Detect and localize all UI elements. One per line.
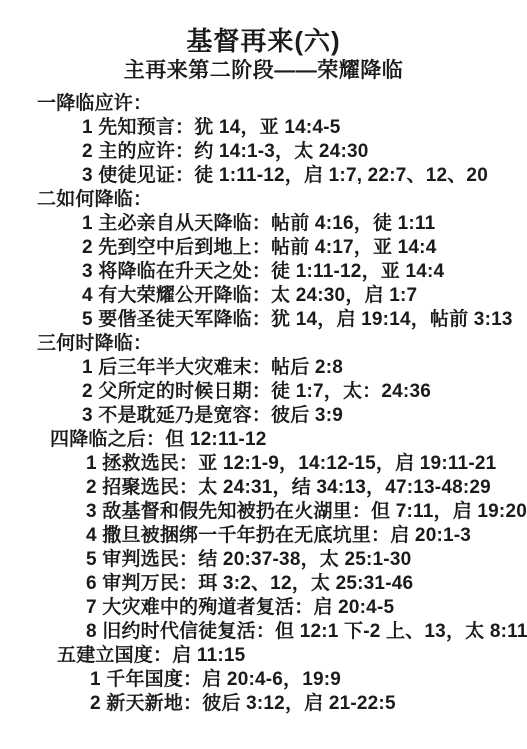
outline-item: 2 先到空中后到地上：帖前 4:17，亚 14:4 — [0, 236, 527, 260]
outline-item: 2 父所定的时候日期：徒 1:7，太：24:36 — [0, 380, 527, 404]
section-heading: 二如何降临： — [0, 188, 527, 212]
outline-item: 1 拯救选民：亚 12:1-9，14:12-15，启 19:11-21 — [0, 452, 527, 476]
outline-item: 6 审判万民：珥 3:2、12，太 25:31-46 — [0, 572, 527, 596]
outline-item: 1 先知预言：犹 14，亚 14:4-5 — [0, 116, 527, 140]
document-title: 基督再来(六) — [0, 0, 527, 57]
outline-item: 8 旧约时代信徒复活：但 12:1 下-2 上、13，太 8:11 — [0, 620, 527, 644]
section-how-he-comes: 二如何降临： 1 主必亲自从天降临：帖前 4:16，徒 1:11 2 先到空中后… — [0, 188, 527, 332]
outline-item: 3 使徒见证：徒 1:11-12，启 1:7, 22:7、12、20 — [0, 164, 527, 188]
section-heading: 三何时降临： — [0, 332, 527, 356]
outline-item: 1 千年国度：启 20:4-6，19:9 — [0, 668, 527, 692]
outline-item: 3 将降临在升天之处：徒 1:11-12，亚 14:4 — [0, 260, 527, 284]
outline: 一降临应许： 1 先知预言：犹 14，亚 14:4-5 2 主的应许：约 14:… — [0, 92, 527, 716]
section-heading: 四降临之后：但 12:11-12 — [0, 428, 527, 452]
section-after-coming: 四降临之后：但 12:11-12 1 拯救选民：亚 12:1-9，14:12-1… — [0, 428, 527, 644]
outline-item: 2 招聚选民：太 24:31，结 34:13，47:13-48:29 — [0, 476, 527, 500]
section-heading: 五建立国度：启 11:15 — [0, 644, 527, 668]
section-establish-kingdom: 五建立国度：启 11:15 1 千年国度：启 20:4-6，19:9 2 新天新… — [0, 644, 527, 716]
outline-item: 5 审判选民：结 20:37-38，太 25:1-30 — [0, 548, 527, 572]
outline-item: 4 撒旦被捆绑一千年扔在无底坑里：启 20:1-3 — [0, 524, 527, 548]
outline-item: 3 不是耽延乃是宽容：彼后 3:9 — [0, 404, 527, 428]
section-promise-of-coming: 一降临应许： 1 先知预言：犹 14，亚 14:4-5 2 主的应许：约 14:… — [0, 92, 527, 188]
outline-item: 1 主必亲自从天降临：帖前 4:16，徒 1:11 — [0, 212, 527, 236]
outline-item: 7 大灾难中的殉道者复活：启 20:4-5 — [0, 596, 527, 620]
document-page: 基督再来(六) 主再来第二阶段——荣耀降临 一降临应许： 1 先知预言：犹 14… — [0, 0, 527, 749]
outline-item: 4 有大荣耀公开降临：太 24:30，启 1:7 — [0, 284, 527, 308]
section-when-he-comes: 三何时降临： 1 后三年半大灾难末：帖后 2:8 2 父所定的时候日期：徒 1:… — [0, 332, 527, 428]
outline-item: 5 要偕圣徒天军降临：犹 14，启 19:14，帖前 3:13 — [0, 308, 527, 332]
outline-item: 3 敌基督和假先知被扔在火湖里：但 7:11，启 19:20 — [0, 500, 527, 524]
outline-item: 1 后三年半大灾难末：帖后 2:8 — [0, 356, 527, 380]
document-subtitle: 主再来第二阶段——荣耀降临 — [0, 57, 527, 84]
section-heading: 一降临应许： — [0, 92, 527, 116]
outline-item: 2 新天新地：彼后 3:12，启 21-22:5 — [0, 692, 527, 716]
outline-item: 2 主的应许：约 14:1-3，太 24:30 — [0, 140, 527, 164]
